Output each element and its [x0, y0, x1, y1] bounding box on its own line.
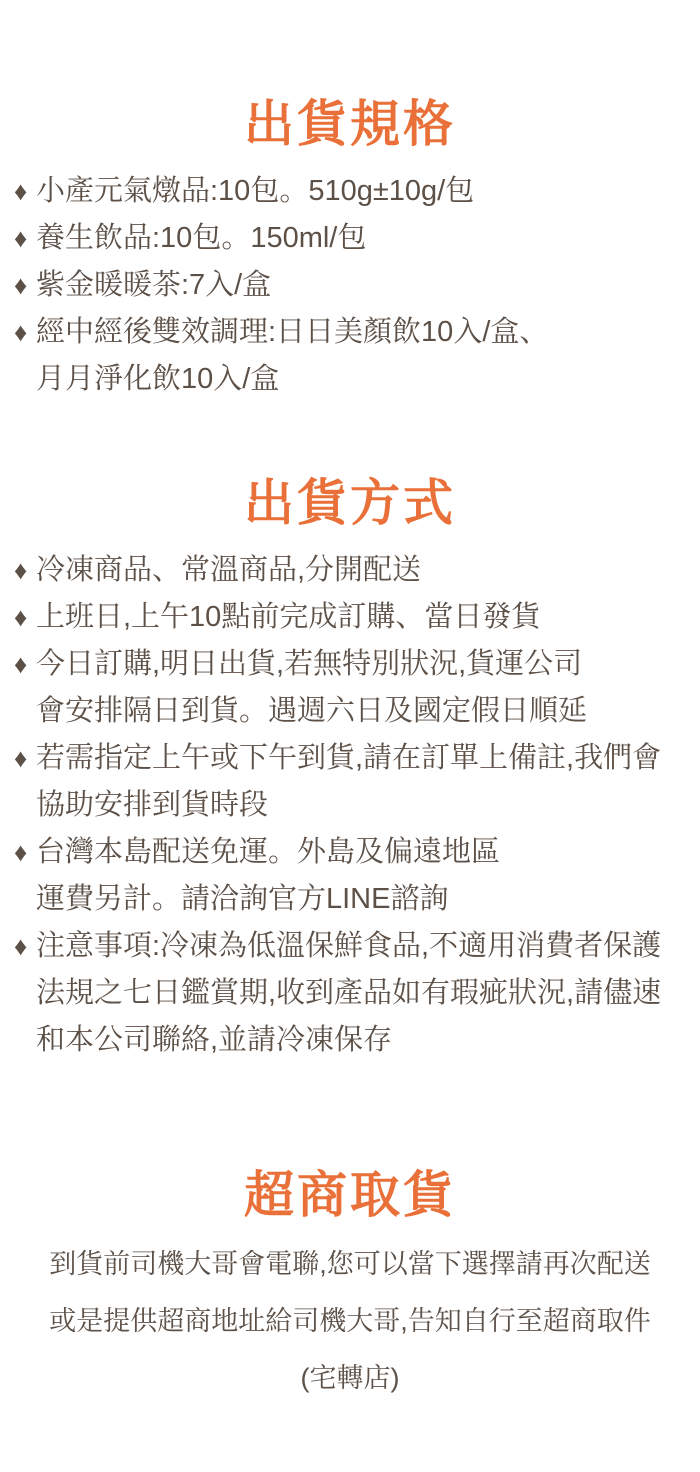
diamond-bullet-icon: ♦ [14, 829, 27, 876]
list-item: ♦ 小產元氣燉品:10包。510g±10g/包 [0, 168, 700, 215]
diamond-bullet-icon: ♦ [14, 735, 27, 782]
list-item-text: 注意事項:冷凍為低溫保鮮食品,不適用消費者保護 [36, 930, 661, 962]
list-item-continuation: 和本公司聯絡,並請冷凍保存 [0, 1017, 700, 1064]
list-item-text: 月月淨化飲10入/盒 [36, 363, 279, 395]
section-title-store-pickup: 超商取貨 [0, 1169, 700, 1221]
list-item-text: 養生飲品:10包。150ml/包 [36, 222, 366, 254]
section-title-shipping-spec: 出貨規格 [0, 0, 700, 150]
list-item-text: 協助安排到貨時段 [36, 789, 268, 821]
list-item-text: 今日訂購,明日出貨,若無特別狀況,貨運公司 [36, 648, 582, 680]
diamond-bullet-icon: ♦ [14, 309, 27, 356]
diamond-bullet-icon: ♦ [14, 168, 27, 215]
diamond-bullet-icon: ♦ [14, 547, 27, 594]
list-item-continuation: 法規之七日鑑賞期,收到產品如有瑕疵狀況,請儘速 [0, 970, 700, 1017]
shipping-method-list: ♦ 冷凍商品、常溫商品,分開配送 ♦ 上班日,上午10點前完成訂購、當日發貨 ♦… [0, 547, 700, 1064]
list-item: ♦ 養生飲品:10包。150ml/包 [0, 215, 700, 262]
shipping-info-page: 出貨規格 ♦ 小產元氣燉品:10包。510g±10g/包 ♦ 養生飲品:10包。… [0, 0, 700, 1472]
list-item-continuation: 協助安排到貨時段 [0, 782, 700, 829]
diamond-bullet-icon: ♦ [14, 594, 27, 641]
list-item: ♦ 冷凍商品、常溫商品,分開配送 [0, 547, 700, 594]
list-item: ♦ 若需指定上午或下午到貨,請在訂單上備註,我們會 [0, 735, 700, 782]
list-item-continuation: 會安排隔日到貨。遇週六日及國定假日順延 [0, 688, 700, 735]
store-pickup-text: 到貨前司機大哥會電聯,您可以當下選擇請再次配送 或是提供超商地址給司機大哥,告知… [0, 1236, 700, 1407]
list-item-text: 若需指定上午或下午到貨,請在訂單上備註,我們會 [36, 742, 661, 774]
diamond-bullet-icon: ♦ [14, 215, 27, 262]
shipping-spec-list: ♦ 小產元氣燉品:10包。510g±10g/包 ♦ 養生飲品:10包。150ml… [0, 168, 700, 403]
list-item-text: 經中經後雙效調理:日日美顏飲10入/盒、 [36, 316, 548, 348]
list-item: ♦ 注意事項:冷凍為低溫保鮮食品,不適用消費者保護 [0, 923, 700, 970]
list-item: ♦ 上班日,上午10點前完成訂購、當日發貨 [0, 594, 700, 641]
section-title-shipping-method: 出貨方式 [0, 477, 700, 529]
list-item: ♦ 經中經後雙效調理:日日美顏飲10入/盒、 [0, 309, 700, 356]
list-item-text: 上班日,上午10點前完成訂購、當日發貨 [36, 601, 540, 633]
pickup-text-line: (宅轉店) [0, 1350, 700, 1407]
pickup-text-line: 或是提供超商地址給司機大哥,告知自行至超商取件 [0, 1293, 700, 1350]
list-item: ♦ 紫金暖暖茶:7入/盒 [0, 262, 700, 309]
list-item-text: 台灣本島配送免運。外島及偏遠地區 [36, 836, 500, 868]
list-item-continuation: 月月淨化飲10入/盒 [0, 356, 700, 403]
list-item: ♦ 台灣本島配送免運。外島及偏遠地區 [0, 829, 700, 876]
list-item: ♦ 今日訂購,明日出貨,若無特別狀況,貨運公司 [0, 641, 700, 688]
list-item-text: 紫金暖暖茶:7入/盒 [36, 269, 271, 301]
pickup-text-line: 到貨前司機大哥會電聯,您可以當下選擇請再次配送 [0, 1236, 700, 1293]
diamond-bullet-icon: ♦ [14, 923, 27, 970]
list-item-text: 法規之七日鑑賞期,收到產品如有瑕疵狀況,請儘速 [36, 977, 661, 1009]
list-item-continuation: 運費另計。請洽詢官方LINE諮詢 [0, 876, 700, 923]
list-item-text: 會安排隔日到貨。遇週六日及國定假日順延 [36, 695, 587, 727]
list-item-text: 和本公司聯絡,並請冷凍保存 [36, 1024, 392, 1056]
list-item-text: 冷凍商品、常溫商品,分開配送 [36, 554, 421, 586]
diamond-bullet-icon: ♦ [14, 262, 27, 309]
diamond-bullet-icon: ♦ [14, 641, 27, 688]
list-item-text: 小產元氣燉品:10包。510g±10g/包 [36, 175, 474, 207]
list-item-text: 運費另計。請洽詢官方LINE諮詢 [36, 883, 448, 915]
